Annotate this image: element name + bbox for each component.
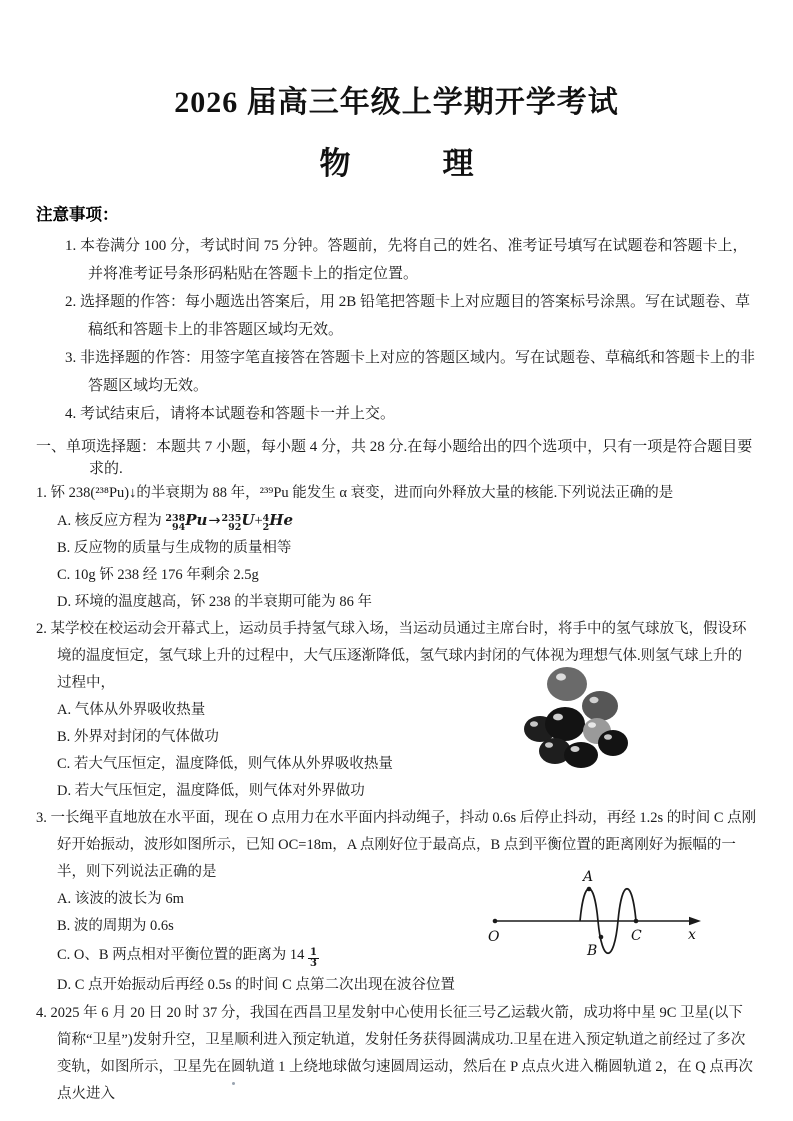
- question-4: 4. 2025 年 6 月 20 日 20 时 37 分，我国在西昌卫星发射中心…: [36, 1000, 757, 1108]
- notice-item-3-number: 3.: [65, 350, 76, 366]
- q1-option-a-prefix: A. 核反应方程为: [57, 513, 165, 529]
- notice-item-2-text: 选择题的作答：每小题选出答案后，用 2B 铅笔把答题卡上对应题目的答案标号涂黑。…: [80, 294, 750, 338]
- label-axis-x: x: [688, 927, 696, 943]
- notice-item-2: 2. 选择题的作答：每小题选出答案后，用 2B 铅笔把答题卡上对应题目的答案标号…: [65, 288, 757, 344]
- subject-title: 物理: [36, 144, 757, 184]
- label-point-B: B: [586, 943, 597, 959]
- notice-item-3: 3. 非选择题的作答：用签字笔直接答在答题卡上对应的答题区域内。写在试题卷、草稿…: [65, 344, 757, 400]
- notice-heading: 注意事项：: [36, 201, 757, 225]
- question-1-options: A. 核反应方程为 23894Pu→23592U+42He B. 反应物的质量与…: [57, 507, 757, 616]
- question-2-stem-text: 某学校在校运动会开幕式上，运动员手持氢气球入场，当运动员通过主席台时，将手中的氢…: [51, 621, 747, 691]
- pu-prescripts: 23894: [165, 514, 185, 532]
- question-2-option-b: B. 外界对封闭的气体做功: [57, 724, 757, 751]
- nuclide-he-4: 42He: [263, 513, 293, 529]
- notice-item-1-number: 1.: [65, 238, 76, 254]
- notice-item-4-text: 考试结束后，请将本试题卷和答题卡一并上交。: [80, 406, 395, 422]
- question-2-number: 2.: [36, 621, 47, 637]
- subject-char-first: 物: [320, 146, 351, 181]
- exam-title: 2026 届高三年级上学期开学考试: [36, 84, 757, 122]
- u-atomic-number: 92: [222, 523, 242, 532]
- section-one-intro: 一、单项选择题：本题共 7 小题，每小题 4 分，共 28 分.在每小题给出的四…: [36, 436, 757, 480]
- plus-sign: +: [254, 513, 262, 529]
- nuclide-pu-238: 23894Pu: [165, 513, 207, 529]
- notice-item-3-text: 非选择题的作答：用签字笔直接答在答题卡上对应的答题区域内。写在试题卷、草稿纸和答…: [80, 350, 755, 394]
- pu-atomic-number: 94: [165, 523, 185, 532]
- he-symbol: He: [269, 511, 293, 529]
- question-1-option-d: D. 环境的温度越高，钚 238 的半衰期可能为 86 年: [57, 589, 757, 616]
- question-3-option-d: D. C 点开始振动后再经 0.5s 的时间 C 点第二次出现在波谷位置: [57, 970, 757, 1000]
- question-1-stem-text: 钚 238(²³⁸Pu)↓的半衰期为 88 年，²³⁹Pu 能发生 α 衰变，进…: [51, 485, 674, 501]
- point-C-dot: [634, 919, 639, 924]
- question-4-number: 4.: [36, 1005, 47, 1021]
- question-1: 1. 钚 238(²³⁸Pu)↓的半衰期为 88 年，²³⁹Pu 能发生 α 衰…: [36, 480, 757, 616]
- fraction-one-third: 13: [308, 948, 319, 969]
- q3-option-c-prefix: C. O、B 两点相对平衡位置的距离为 14: [57, 947, 308, 963]
- question-2-option-c: C. 若大气压恒定，温度降低，则气体从外界吸收热量: [57, 751, 757, 778]
- point-O-dot: [493, 919, 498, 924]
- nuclide-u-235: 23592U: [222, 513, 255, 529]
- point-A-dot: [587, 887, 592, 892]
- notice-item-1: 1. 本卷满分 100 分，考试时间 75 分钟。答题前，先将自己的姓名、准考证…: [65, 232, 757, 288]
- stray-mark: [232, 1082, 235, 1085]
- label-crest-A: A: [581, 869, 593, 885]
- question-4-stem-text: 2025 年 6 月 20 日 20 时 37 分，我国在西昌卫星发射中心使用长…: [51, 1005, 753, 1102]
- label-origin: O: [488, 929, 500, 945]
- question-2-options: A. 气体从外界吸收热量 B. 外界对封闭的气体做功 C. 若大气压恒定，温度降…: [57, 697, 757, 805]
- notice-item-4: 4. 考试结束后，请将本试题卷和答题卡一并上交。: [65, 400, 757, 428]
- question-1-option-b: B. 反应物的质量与生成物的质量相等: [57, 535, 757, 562]
- reaction-arrow-icon: →: [207, 513, 221, 529]
- notice-item-4-number: 4.: [65, 406, 76, 422]
- label-point-C: C: [631, 928, 642, 944]
- pu-symbol: Pu: [185, 511, 207, 529]
- question-2-stem: 2. 某学校在校运动会开幕式上，运动员手持氢气球入场，当运动员通过主席台时，将手…: [36, 616, 757, 697]
- question-1-number: 1.: [36, 485, 47, 501]
- exam-paper-page: 2026 届高三年级上学期开学考试 物理 注意事项： 1. 本卷满分 100 分…: [0, 0, 793, 1121]
- question-4-stem: 4. 2025 年 6 月 20 日 20 时 37 分，我国在西昌卫星发射中心…: [36, 1000, 757, 1108]
- notice-item-2-number: 2.: [65, 294, 76, 310]
- u-prescripts: 23592: [222, 514, 242, 532]
- u-symbol: U: [241, 511, 254, 529]
- notice-item-1-text: 本卷满分 100 分，考试时间 75 分钟。答题前，先将自己的姓名、准考证号填写…: [80, 238, 748, 282]
- question-3: 3. 一长绳平直地放在水平面，现在 O 点用力在水平面内抖动绳子，抖动 0.6s…: [36, 805, 757, 1000]
- point-B-dot: [599, 935, 604, 940]
- question-2-option-d: D. 若大气压恒定，温度降低，则气体对外界做功: [57, 778, 757, 805]
- subject-char-second: 理: [443, 146, 474, 181]
- wave-figure: O A B C x: [485, 866, 703, 966]
- question-3-number: 3.: [36, 810, 47, 826]
- question-2-option-a: A. 气体从外界吸收热量: [57, 697, 757, 724]
- axis-arrow-icon: [689, 917, 701, 925]
- question-2: 2. 某学校在校运动会开幕式上，运动员手持氢气球入场，当运动员通过主席台时，将手…: [36, 616, 757, 805]
- notice-list: 1. 本卷满分 100 分，考试时间 75 分钟。答题前，先将自己的姓名、准考证…: [65, 232, 757, 428]
- question-1-stem: 1. 钚 238(²³⁸Pu)↓的半衰期为 88 年，²³⁹Pu 能发生 α 衰…: [36, 480, 757, 507]
- question-1-option-a: A. 核反应方程为 23894Pu→23592U+42He: [57, 507, 757, 535]
- question-1-option-c: C. 10g 钚 238 经 176 年剩余 2.5g: [57, 562, 757, 589]
- balloons-image: [524, 663, 630, 771]
- fraction-denominator: 3: [308, 959, 319, 969]
